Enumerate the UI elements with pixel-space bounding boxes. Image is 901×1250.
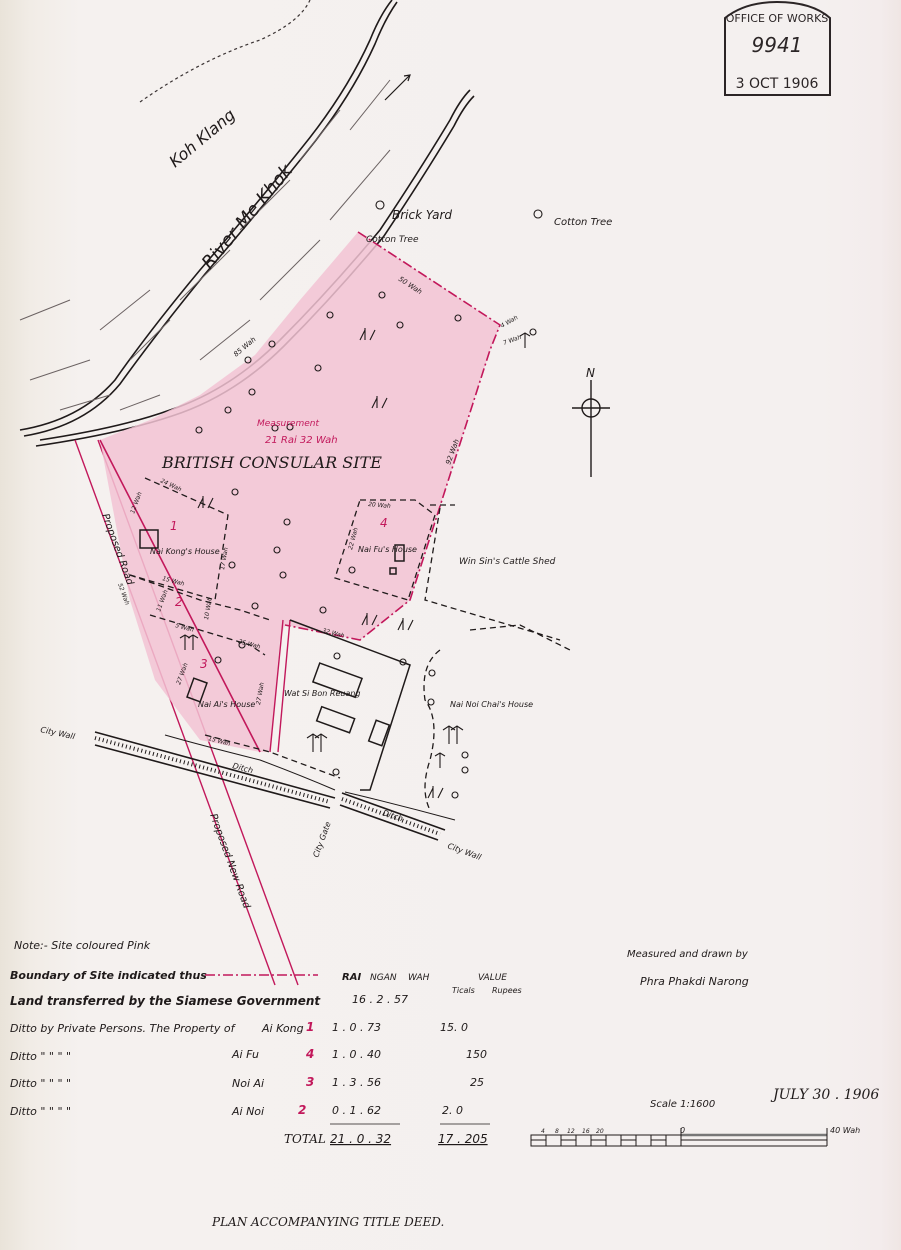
svg-text:NGAN: NGAN <box>370 973 397 983</box>
svg-text:Rupees: Rupees <box>492 986 522 995</box>
survey-plan: OFFICE OF WORKS 9941 3 OCT 1906 Koh Klan… <box>0 0 901 1250</box>
legend-note: Note:- Site coloured Pink <box>14 939 151 952</box>
cotton-tree-label-2: Cotton Tree <box>554 217 612 228</box>
svg-text:1 . 0 . 40: 1 . 0 . 40 <box>332 1048 381 1061</box>
svg-text:Ai Noi: Ai Noi <box>231 1105 264 1118</box>
svg-text:2. 0: 2. 0 <box>442 1104 463 1117</box>
svg-text:4: 4 <box>305 1047 314 1061</box>
svg-text:8: 8 <box>555 1128 559 1135</box>
plan-caption: PLAN ACCOMPANYING TITLE DEED. <box>211 1215 444 1229</box>
svg-text:Ditto " " " ": Ditto " " " " <box>10 1050 71 1063</box>
island-shoreline <box>140 0 310 102</box>
svg-text:Ai Kong: Ai Kong <box>261 1022 304 1035</box>
measurement-label: Measurement <box>257 419 319 429</box>
measurement-value: 21 Rai 32 Wah <box>265 435 338 446</box>
svg-text:21 . 0 . 32: 21 . 0 . 32 <box>330 1132 391 1146</box>
nai-noi-chai-house-label: Nai Noi Chai's House <box>450 700 533 709</box>
area-table-row: Ditto " " " " Ai Noi 2 0 . 1 . 62 2. 0 <box>10 1103 463 1118</box>
river-label: River Me Khok <box>198 159 298 273</box>
svg-text:Land transferred by the Siames: Land transferred by the Siamese Governme… <box>10 994 321 1008</box>
svg-text:4: 4 <box>541 1128 545 1135</box>
svg-text:15. 0: 15. 0 <box>440 1021 468 1034</box>
scale-bar <box>531 1128 827 1146</box>
measured-by-label: Measured and drawn by <box>627 949 749 960</box>
plot-number-2: 2 <box>175 595 183 609</box>
stamp-number: 9941 <box>752 33 803 57</box>
area-table-row: Ditto " " " " Noi Ai 3 1 . 3 . 56 25 <box>10 1075 484 1090</box>
svg-text:7 Wah: 7 Wah <box>502 334 522 347</box>
svg-text:Ditto " " " ": Ditto " " " " <box>10 1077 71 1090</box>
svg-text:150: 150 <box>466 1048 487 1061</box>
brick-yard-label: Brick Yard <box>392 208 452 222</box>
svg-text:0 . 1 . 62: 0 . 1 . 62 <box>332 1104 381 1117</box>
city-gate-label: City Gate <box>311 820 332 858</box>
svg-text:1: 1 <box>306 1020 314 1034</box>
svg-text:85 Wah: 85 Wah <box>232 335 257 358</box>
british-consular-site-area <box>100 232 500 752</box>
area-table-row: Land transferred by the Siamese Governme… <box>10 993 408 1008</box>
svg-text:VALUE: VALUE <box>478 973 507 983</box>
svg-text:TOTAL: TOTAL <box>284 1132 326 1146</box>
plot-number-4: 4 <box>380 516 388 530</box>
svg-text:4 Wah: 4 Wah <box>500 314 520 330</box>
city-wall-label-2: City Wall <box>446 841 483 862</box>
svg-text:3: 3 <box>306 1075 314 1089</box>
svg-text:RAI: RAI <box>342 972 361 983</box>
plot-number-3: 3 <box>200 657 208 671</box>
svg-text:2: 2 <box>298 1103 306 1117</box>
svg-text:WAH: WAH <box>408 973 430 983</box>
cattle-shed-label: Win Sin's Cattle Shed <box>459 557 556 567</box>
svg-text:17 . 205: 17 . 205 <box>438 1132 488 1146</box>
svg-text:1 . 0 . 73: 1 . 0 . 73 <box>332 1021 381 1034</box>
area-table-total: TOTAL 21 . 0 . 32 17 . 205 <box>284 1124 490 1146</box>
scale-end-label: 40 Wah <box>830 1126 860 1135</box>
city-wall-label: City Wall <box>40 725 77 741</box>
svg-text:25: 25 <box>470 1076 484 1089</box>
north-label: N <box>586 366 595 380</box>
svg-text:Ditto by Private Persons. The: Ditto by Private Persons. The Property o… <box>10 1022 237 1035</box>
stamp-date: 3 OCT 1906 <box>736 76 819 92</box>
proposed-new-road-label: Proposed New Road <box>207 812 252 910</box>
nai-ai-house-label: Nai Ai's House <box>198 700 255 709</box>
area-table-row: Ditto " " " " Ai Fu 4 1 . 0 . 40 150 <box>10 1047 487 1063</box>
nai-fu-house-label: Nai Fu's House <box>358 545 417 554</box>
svg-text:16: 16 <box>582 1128 590 1135</box>
surveyor-name: Phra Phakdi Narong <box>640 975 749 988</box>
site-title: BRITISH CONSULAR SITE <box>161 453 382 472</box>
svg-text:20: 20 <box>596 1128 604 1135</box>
svg-text:Noi Ai: Noi Ai <box>232 1077 264 1090</box>
stamp-office-text: OFFICE OF WORKS <box>726 12 829 25</box>
svg-text:12: 12 <box>567 1128 575 1135</box>
plot-number-1: 1 <box>170 519 178 533</box>
scale-label: Scale 1:1600 <box>650 1099 715 1110</box>
svg-text:Ditto " " " ": Ditto " " " " <box>10 1105 71 1118</box>
svg-text:1 . 3 . 56: 1 . 3 . 56 <box>332 1076 381 1089</box>
plan-date: JULY 30 . 1906 <box>770 1087 879 1103</box>
svg-text:0: 0 <box>680 1126 685 1135</box>
area-table-row: Ditto by Private Persons. The Property o… <box>10 1020 468 1035</box>
nai-kong-house-label: Nai Kong's House <box>150 547 220 556</box>
koh-klang-label: Koh Klang <box>165 105 238 171</box>
svg-text:Ticals: Ticals <box>452 986 475 995</box>
area-table-header: RAI NGAN WAH VALUE Ticals Rupees <box>342 972 522 995</box>
city-wall <box>95 732 455 840</box>
cotton-tree-label: Cotton Tree <box>366 235 419 245</box>
legend-boundary: Boundary of Site indicated thus <box>10 969 207 982</box>
wat-label: Wat Si Bon Reuang <box>284 689 361 698</box>
svg-text:Ai Fu: Ai Fu <box>231 1048 259 1061</box>
svg-text:16 . 2 . 57: 16 . 2 . 57 <box>352 993 408 1006</box>
office-of-works-stamp: OFFICE OF WORKS 9941 3 OCT 1906 <box>725 2 830 95</box>
north-arrow-icon <box>572 380 610 477</box>
